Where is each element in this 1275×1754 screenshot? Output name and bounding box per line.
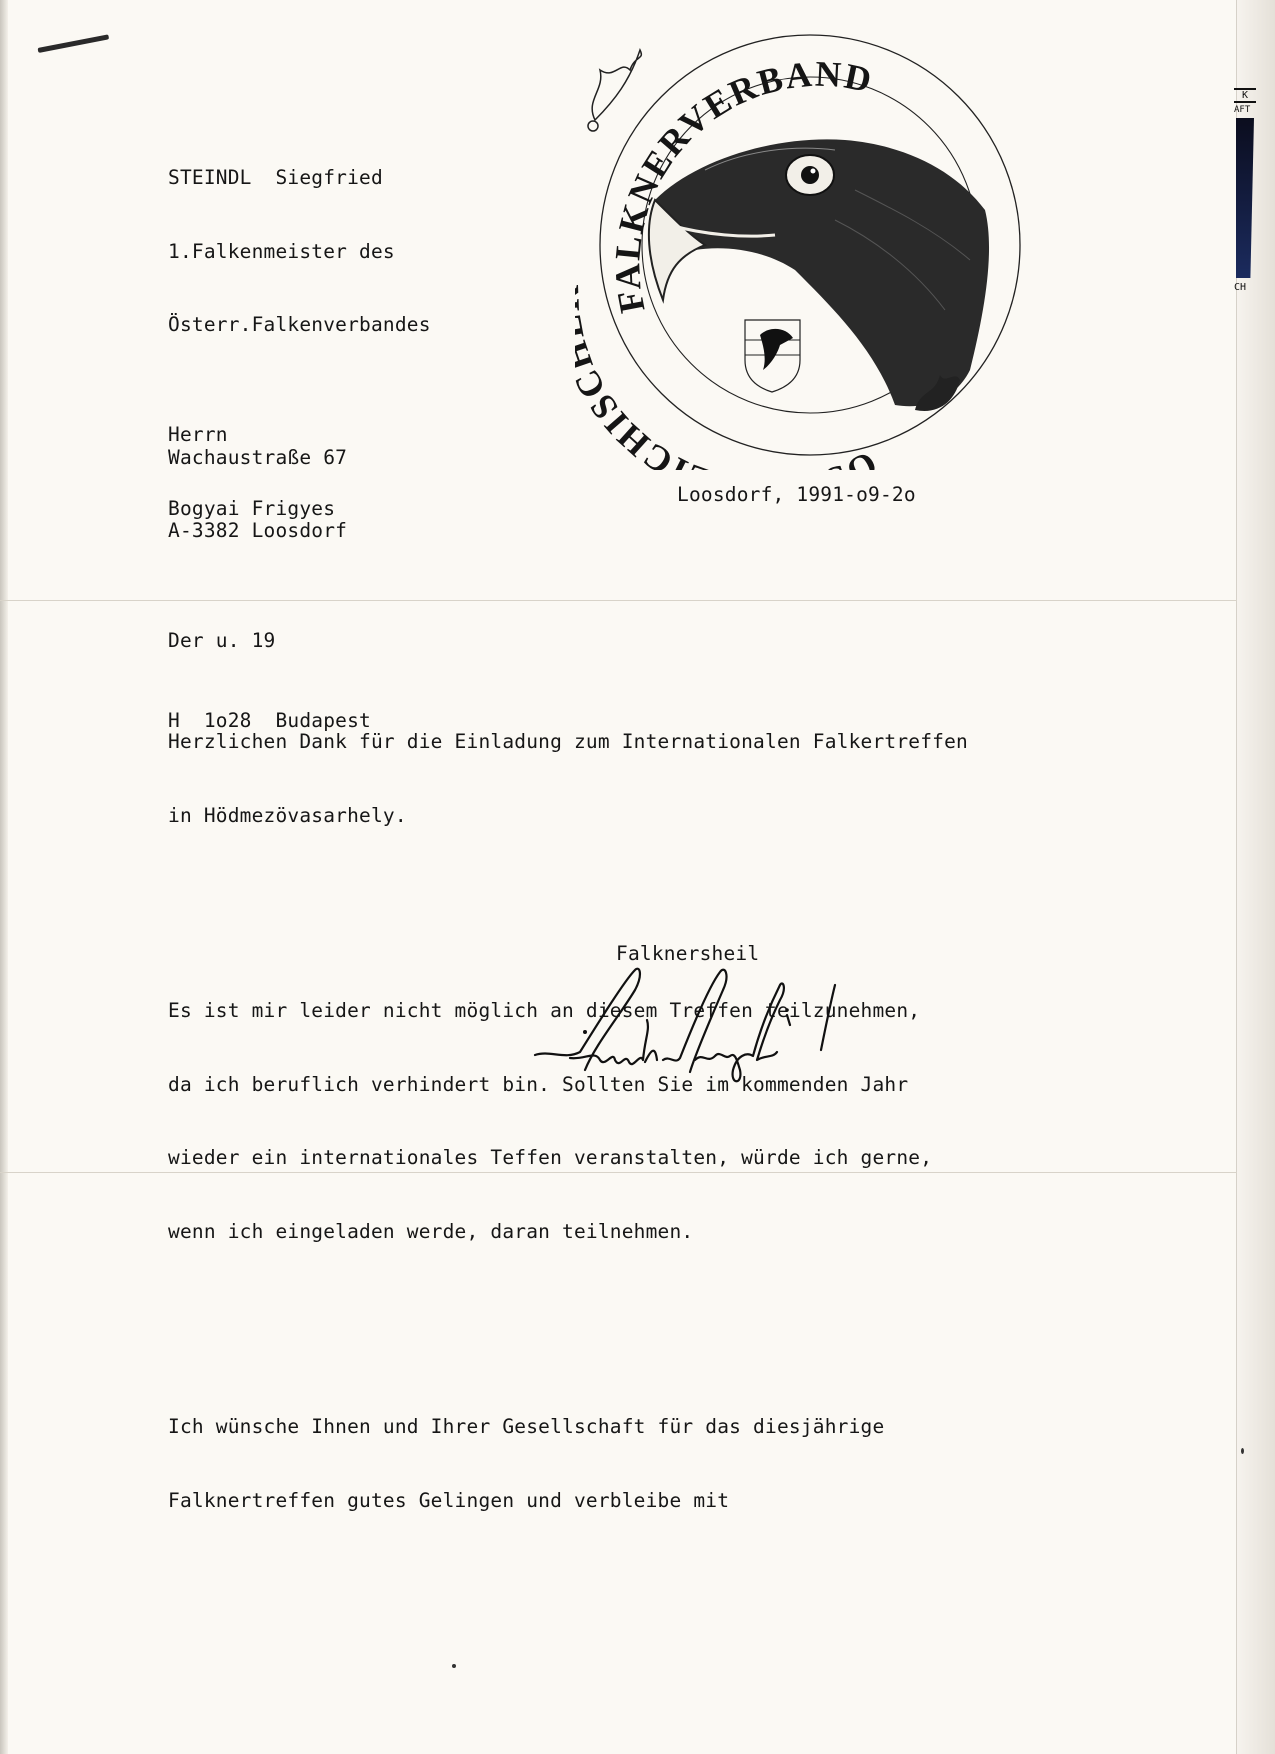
body-line: Ich wünsche Ihnen und Ihrer Gesellschaft…	[168, 1415, 968, 1440]
stamp-text-mid: AFT	[1234, 105, 1250, 115]
stamp-bar	[1236, 118, 1254, 278]
ink-speck	[452, 1664, 456, 1668]
sender-name: STEINDL Siegfried	[168, 166, 431, 191]
handwritten-signature: Steindl Siegfried	[525, 960, 885, 1090]
falknerverband-logo: FALKNERVERBAND ÖSTERREICHISCHER	[575, 10, 1045, 470]
sender-title: Österr.Falkenverbandes	[168, 313, 431, 338]
stamp-text-top: K	[1234, 88, 1256, 103]
eagle-head-icon	[649, 139, 989, 406]
recipient-salutation: Herrn	[168, 423, 371, 448]
letter-body: Herzlichen Dank für die Einladung zum In…	[168, 632, 968, 1611]
staple-mark	[38, 34, 110, 53]
body-paragraph: Herzlichen Dank für die Einladung zum In…	[168, 681, 968, 877]
body-line: in Hödmezövasarhely.	[168, 804, 968, 829]
body-line: wieder ein internationales Teffen verans…	[168, 1146, 968, 1171]
postage-stamp-fragment: K AFT CH	[1234, 88, 1256, 303]
body-line: Herzlichen Dank für die Einladung zum In…	[168, 730, 968, 755]
body-line: wenn ich eingeladen werde, daran teilneh…	[168, 1220, 968, 1245]
shield-emblem-icon	[745, 320, 800, 392]
sender-title: 1.Falkenmeister des	[168, 240, 431, 265]
oak-leaf-icon	[588, 50, 641, 131]
body-line: Falknertreffen gutes Gelingen und verble…	[168, 1489, 968, 1514]
body-paragraph: Ich wünsche Ihnen und Ihrer Gesellschaft…	[168, 1366, 968, 1562]
date-line: Loosdorf, 1991-o9-2o	[677, 483, 916, 508]
stamp-text-bottom: CH	[1234, 282, 1246, 293]
ink-speck	[1241, 1448, 1244, 1454]
page-left-edge	[0, 0, 8, 1754]
recipient-name: Bogyai Frigyes	[168, 497, 371, 522]
